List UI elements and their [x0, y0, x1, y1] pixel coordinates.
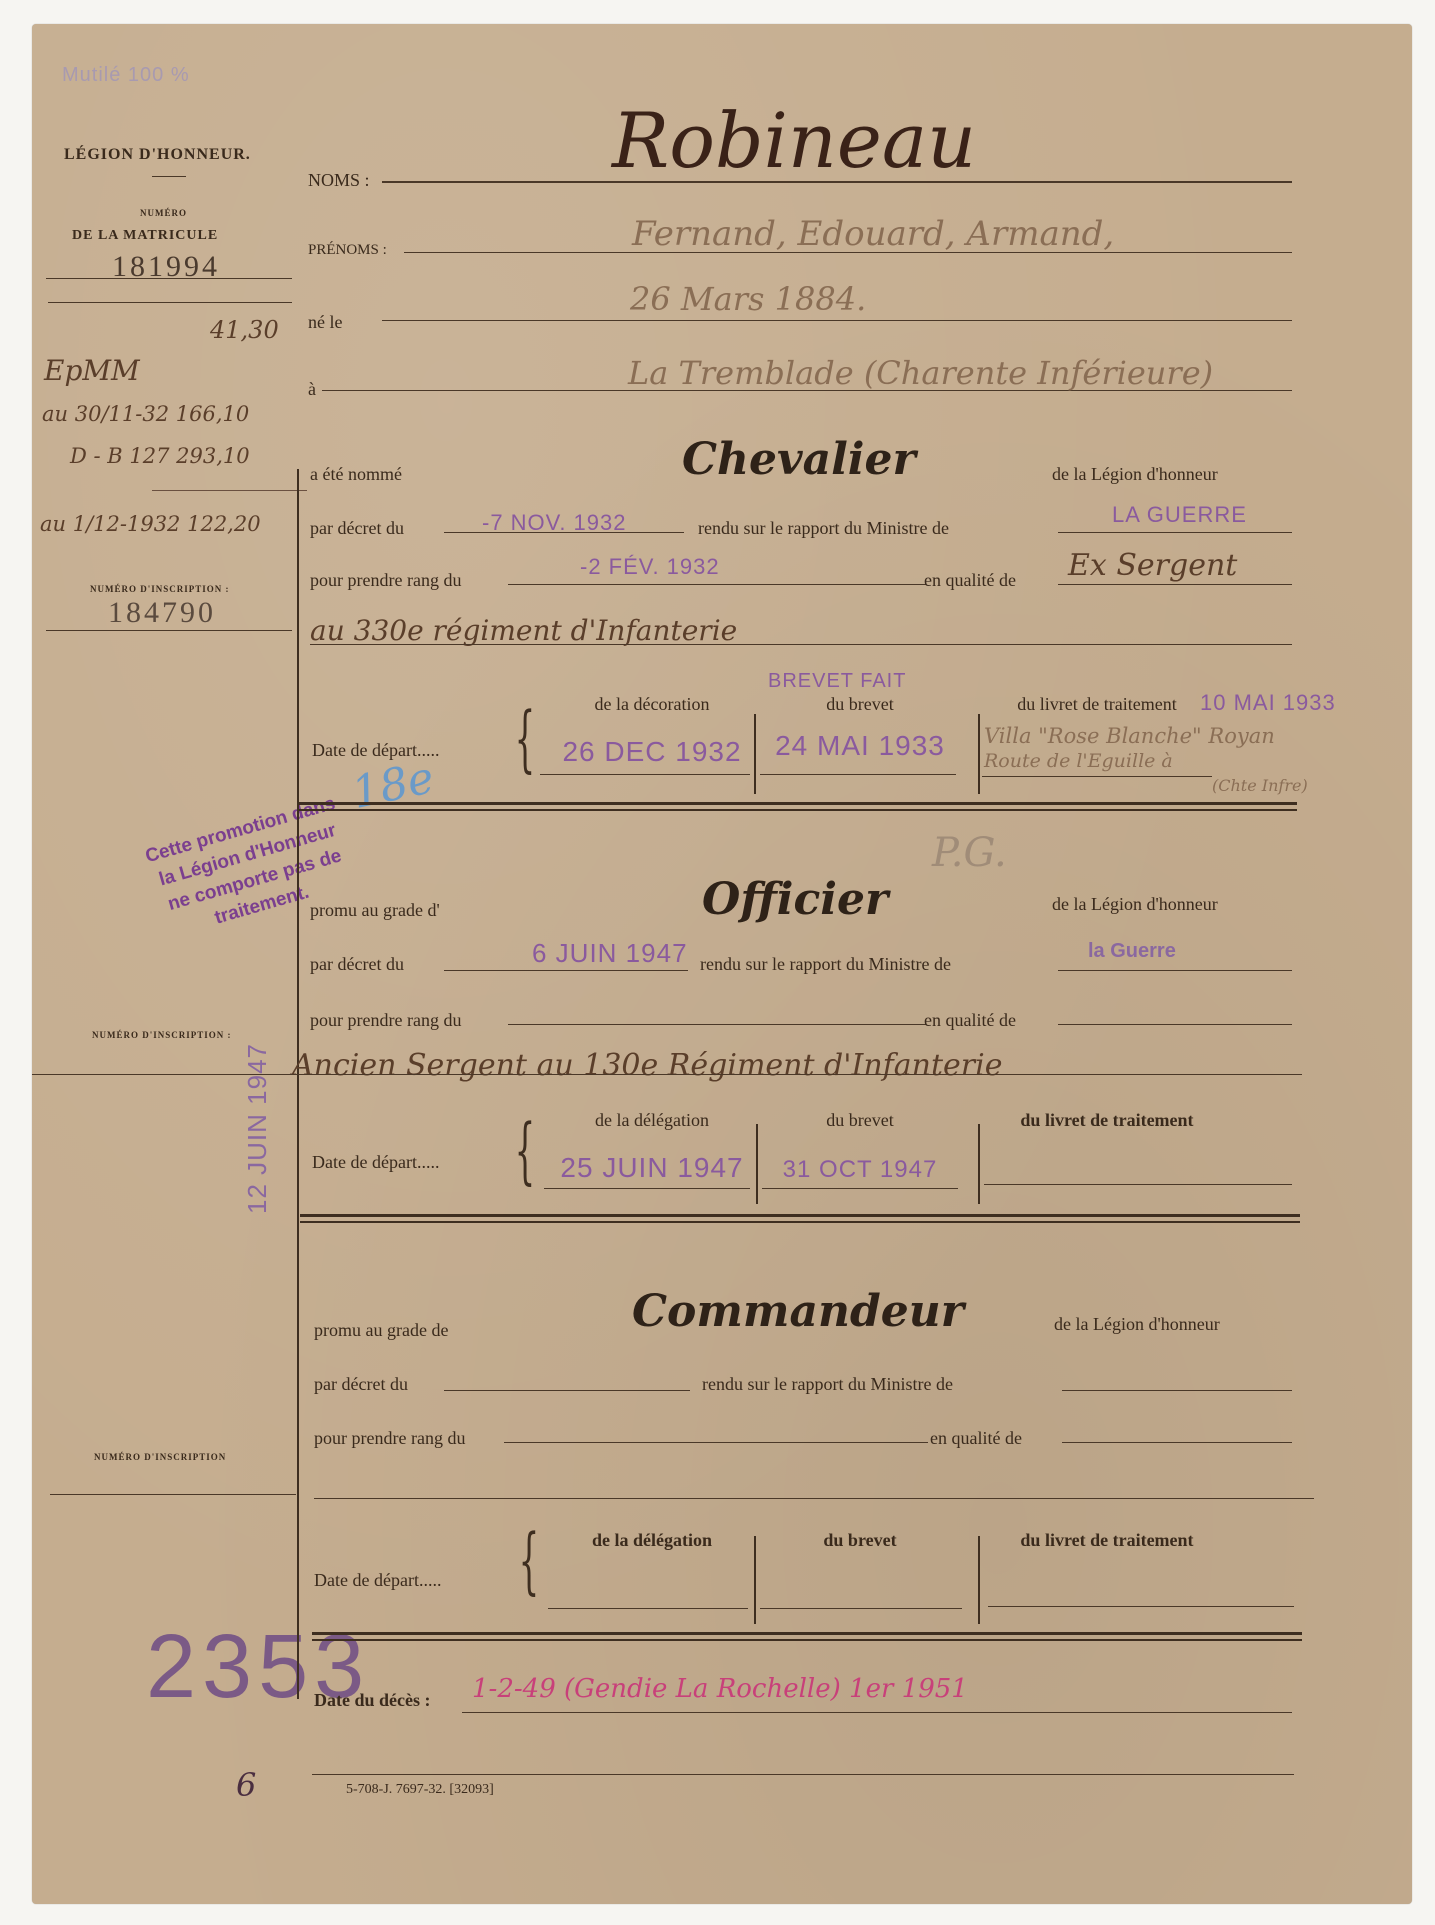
commandeur-depart-label: Date de départ..... [314, 1570, 441, 1591]
commandeur-grade: Commandeur [632, 1286, 964, 1337]
officier-qualite-label: en qualité de [924, 1010, 1016, 1031]
officier-ministre-line [1058, 970, 1292, 971]
vertical-date-stamp: 12 JUIN 1947 [242, 1043, 273, 1214]
chevalier-col3-line [982, 776, 1212, 777]
deces-line [462, 1712, 1292, 1713]
inscription-label-3: NUMÉRO D'INSCRIPTION [94, 1452, 226, 1462]
officier-col3-header: du livret de traitement [992, 1110, 1222, 1131]
lieu-label: à [308, 379, 316, 400]
matricule-label-2: DE LA MATRICULE [72, 228, 218, 244]
deces-value: 1-2-49 (Gendie La Rochelle) 1er 1951 [472, 1674, 968, 1704]
annotation-top-amount: 41,30 [210, 316, 279, 344]
col-divider [978, 1124, 980, 1204]
brevet-fait-stamp: BREVET FAIT [768, 670, 906, 693]
officier-col1-header: de la délégation [552, 1110, 752, 1131]
prenoms-label: PRÉNOMS : [308, 242, 387, 259]
section-divider [312, 1632, 1302, 1641]
chevalier-ministre-line [1058, 532, 1292, 533]
officier-depart-label: Date de départ..... [312, 1152, 439, 1173]
annotation-line-1: EpMM [44, 354, 140, 387]
commandeur-col3-line [988, 1606, 1294, 1607]
chevalier-col3-address-3: (Chte Infre) [1212, 776, 1308, 795]
section-divider [300, 1214, 1300, 1223]
chevalier-col1-header: de la décoration [552, 694, 752, 715]
print-code: 5-708-J. 7697-32. [32093] [346, 1782, 494, 1798]
chevalier-rang-label: pour prendre rang du [310, 570, 461, 591]
commandeur-prefix: promu au grade de [314, 1320, 448, 1341]
chevalier-col3-address-2: Route de l'Eguille à [984, 750, 1173, 772]
officier-col1-line [544, 1188, 750, 1189]
nom-value: Robineau [612, 96, 976, 185]
inscription-underline-3 [50, 1494, 296, 1495]
chevalier-qualite-cont-line [310, 644, 1292, 645]
matricule-ornament [48, 302, 292, 303]
commandeur-col1-line [548, 1608, 748, 1609]
commandeur-ministre-line [1062, 1390, 1292, 1391]
inscription-value-1: 184790 [108, 596, 216, 630]
matricule-underline [46, 278, 292, 279]
officier-col2-header: du brevet [760, 1110, 960, 1131]
commandeur-decret-label: par décret du [314, 1374, 408, 1395]
annotation-line-3: D - B 127 293,10 [70, 444, 250, 468]
chevalier-col3-stamp: 10 MAI 1933 [1200, 690, 1336, 716]
matricule-label-1: NUMÉRO [140, 208, 187, 218]
chevalier-col3-address-1: Villa "Rose Blanche" Royan [984, 724, 1275, 748]
chevalier-decret-label: par décret du [310, 518, 404, 539]
officier-decret-line [444, 970, 688, 971]
brace: { [515, 702, 536, 774]
commandeur-ministre-label: rendu sur le rapport du Ministre de [702, 1374, 953, 1395]
hand-number: 6 [236, 1766, 256, 1804]
chevalier-rang-line [508, 584, 926, 585]
officier-col2-value: 31 OCT 1947 [760, 1156, 960, 1184]
chevalier-rang-value: -2 FÉV. 1932 [580, 554, 720, 580]
chevalier-col3-header: du livret de traitement [992, 694, 1202, 715]
officier-decret-label: par décret du [310, 954, 404, 975]
officier-col1-value: 25 JUIN 1947 [552, 1152, 752, 1184]
officier-initials: P.G. [932, 830, 1007, 876]
ne-le-value: 26 Mars 1884. [630, 280, 866, 318]
deces-line-2 [312, 1774, 1294, 1775]
chevalier-qualite-cont: au 330e régiment d'Infanterie [310, 614, 737, 647]
ne-le-label: né le [308, 312, 342, 333]
chevalier-qualite-line [1058, 584, 1292, 585]
chevalier-ministre-value: LA GUERRE [1112, 502, 1247, 528]
prenoms-value: Fernand, Edouard, Armand, [632, 214, 1114, 254]
chevalier-col2-line [760, 774, 956, 775]
legion-header: LÉGION D'HONNEUR. [64, 146, 251, 164]
officier-ministre-value: la Guerre [1088, 940, 1176, 963]
col-divider [754, 714, 756, 794]
nom-label: NOMS : [308, 170, 370, 191]
mutile-stamp: Mutilé 100 % [62, 64, 190, 87]
chevalier-col1-value: 26 DEC 1932 [552, 736, 752, 768]
chevalier-col1-line [540, 774, 750, 775]
officier-prefix: promu au grade d' [310, 900, 440, 921]
section-divider [297, 802, 1297, 811]
officier-qualite-cont-line [32, 1074, 1302, 1075]
ne-le-line [382, 320, 1292, 321]
col-divider [978, 714, 980, 794]
commandeur-qualite-cont-line [314, 1498, 1314, 1499]
commandeur-rang-line [504, 1442, 928, 1443]
inscription-label-1: NUMÉRO D'INSCRIPTION : [90, 584, 230, 594]
officier-suffix: de la Légion d'honneur [1052, 894, 1218, 915]
commandeur-col1-header: de la délégation [552, 1530, 752, 1551]
chevalier-col2-value: 24 MAI 1933 [760, 730, 960, 762]
chevalier-col2-header: du brevet [760, 694, 960, 715]
annotation-sum-line [152, 490, 307, 491]
chevalier-ministre-label: rendu sur le rapport du Ministre de [698, 518, 949, 539]
brace: { [515, 1114, 536, 1186]
chevalier-qualite-label: en qualité de [924, 570, 1016, 591]
chevalier-grade: Chevalier [682, 434, 916, 485]
chevalier-decret-value: -7 NOV. 1932 [482, 510, 627, 536]
column-separator [297, 469, 299, 1699]
deces-label: Date du décès : [314, 1690, 430, 1711]
lieu-value: La Tremblade (Charente Inférieure) [628, 354, 1213, 392]
officier-rang-line [508, 1024, 926, 1025]
inscription-label-2: NUMÉRO D'INSCRIPTION : [92, 1030, 232, 1040]
inscription-underline-1 [46, 630, 292, 631]
officier-grade: Officier [702, 874, 888, 925]
officier-decret-value: 6 JUIN 1947 [532, 938, 688, 969]
legion-honneur-record-card: Mutilé 100 % LÉGION D'HONNEUR. NUMÉRO DE… [32, 24, 1412, 1904]
col-divider [754, 1536, 756, 1624]
annotation-line-2: au 30/11-32 166,10 [42, 402, 249, 426]
chevalier-prefix: a été nommé [310, 464, 402, 485]
officier-col2-line [762, 1188, 958, 1189]
officier-rang-label: pour prendre rang du [310, 1010, 461, 1031]
commandeur-decret-line [444, 1390, 690, 1391]
commandeur-col2-header: du brevet [760, 1530, 960, 1551]
col-divider [978, 1536, 980, 1624]
commandeur-qualite-line [1062, 1442, 1292, 1443]
brace: { [519, 1524, 540, 1596]
col-divider [756, 1124, 758, 1204]
annotation-line-4: au 1/12-1932 122,20 [40, 512, 261, 536]
commandeur-rang-label: pour prendre rang du [314, 1428, 465, 1449]
divider [152, 176, 186, 177]
officier-qualite-cont: Ancien Sergent au 130e Régiment d'Infant… [292, 1048, 1003, 1083]
chevalier-qualite-value: Ex Sergent [1068, 548, 1237, 583]
commandeur-col2-line [760, 1608, 962, 1609]
commandeur-qualite-label: en qualité de [930, 1428, 1022, 1449]
officier-ministre-label: rendu sur le rapport du Ministre de [700, 954, 951, 975]
officier-qualite-line [1058, 1024, 1292, 1025]
commandeur-col3-header: du livret de traitement [992, 1530, 1222, 1551]
officier-col3-line [984, 1184, 1292, 1185]
commandeur-suffix: de la Légion d'honneur [1054, 1314, 1220, 1335]
chevalier-suffix: de la Légion d'honneur [1052, 464, 1218, 485]
